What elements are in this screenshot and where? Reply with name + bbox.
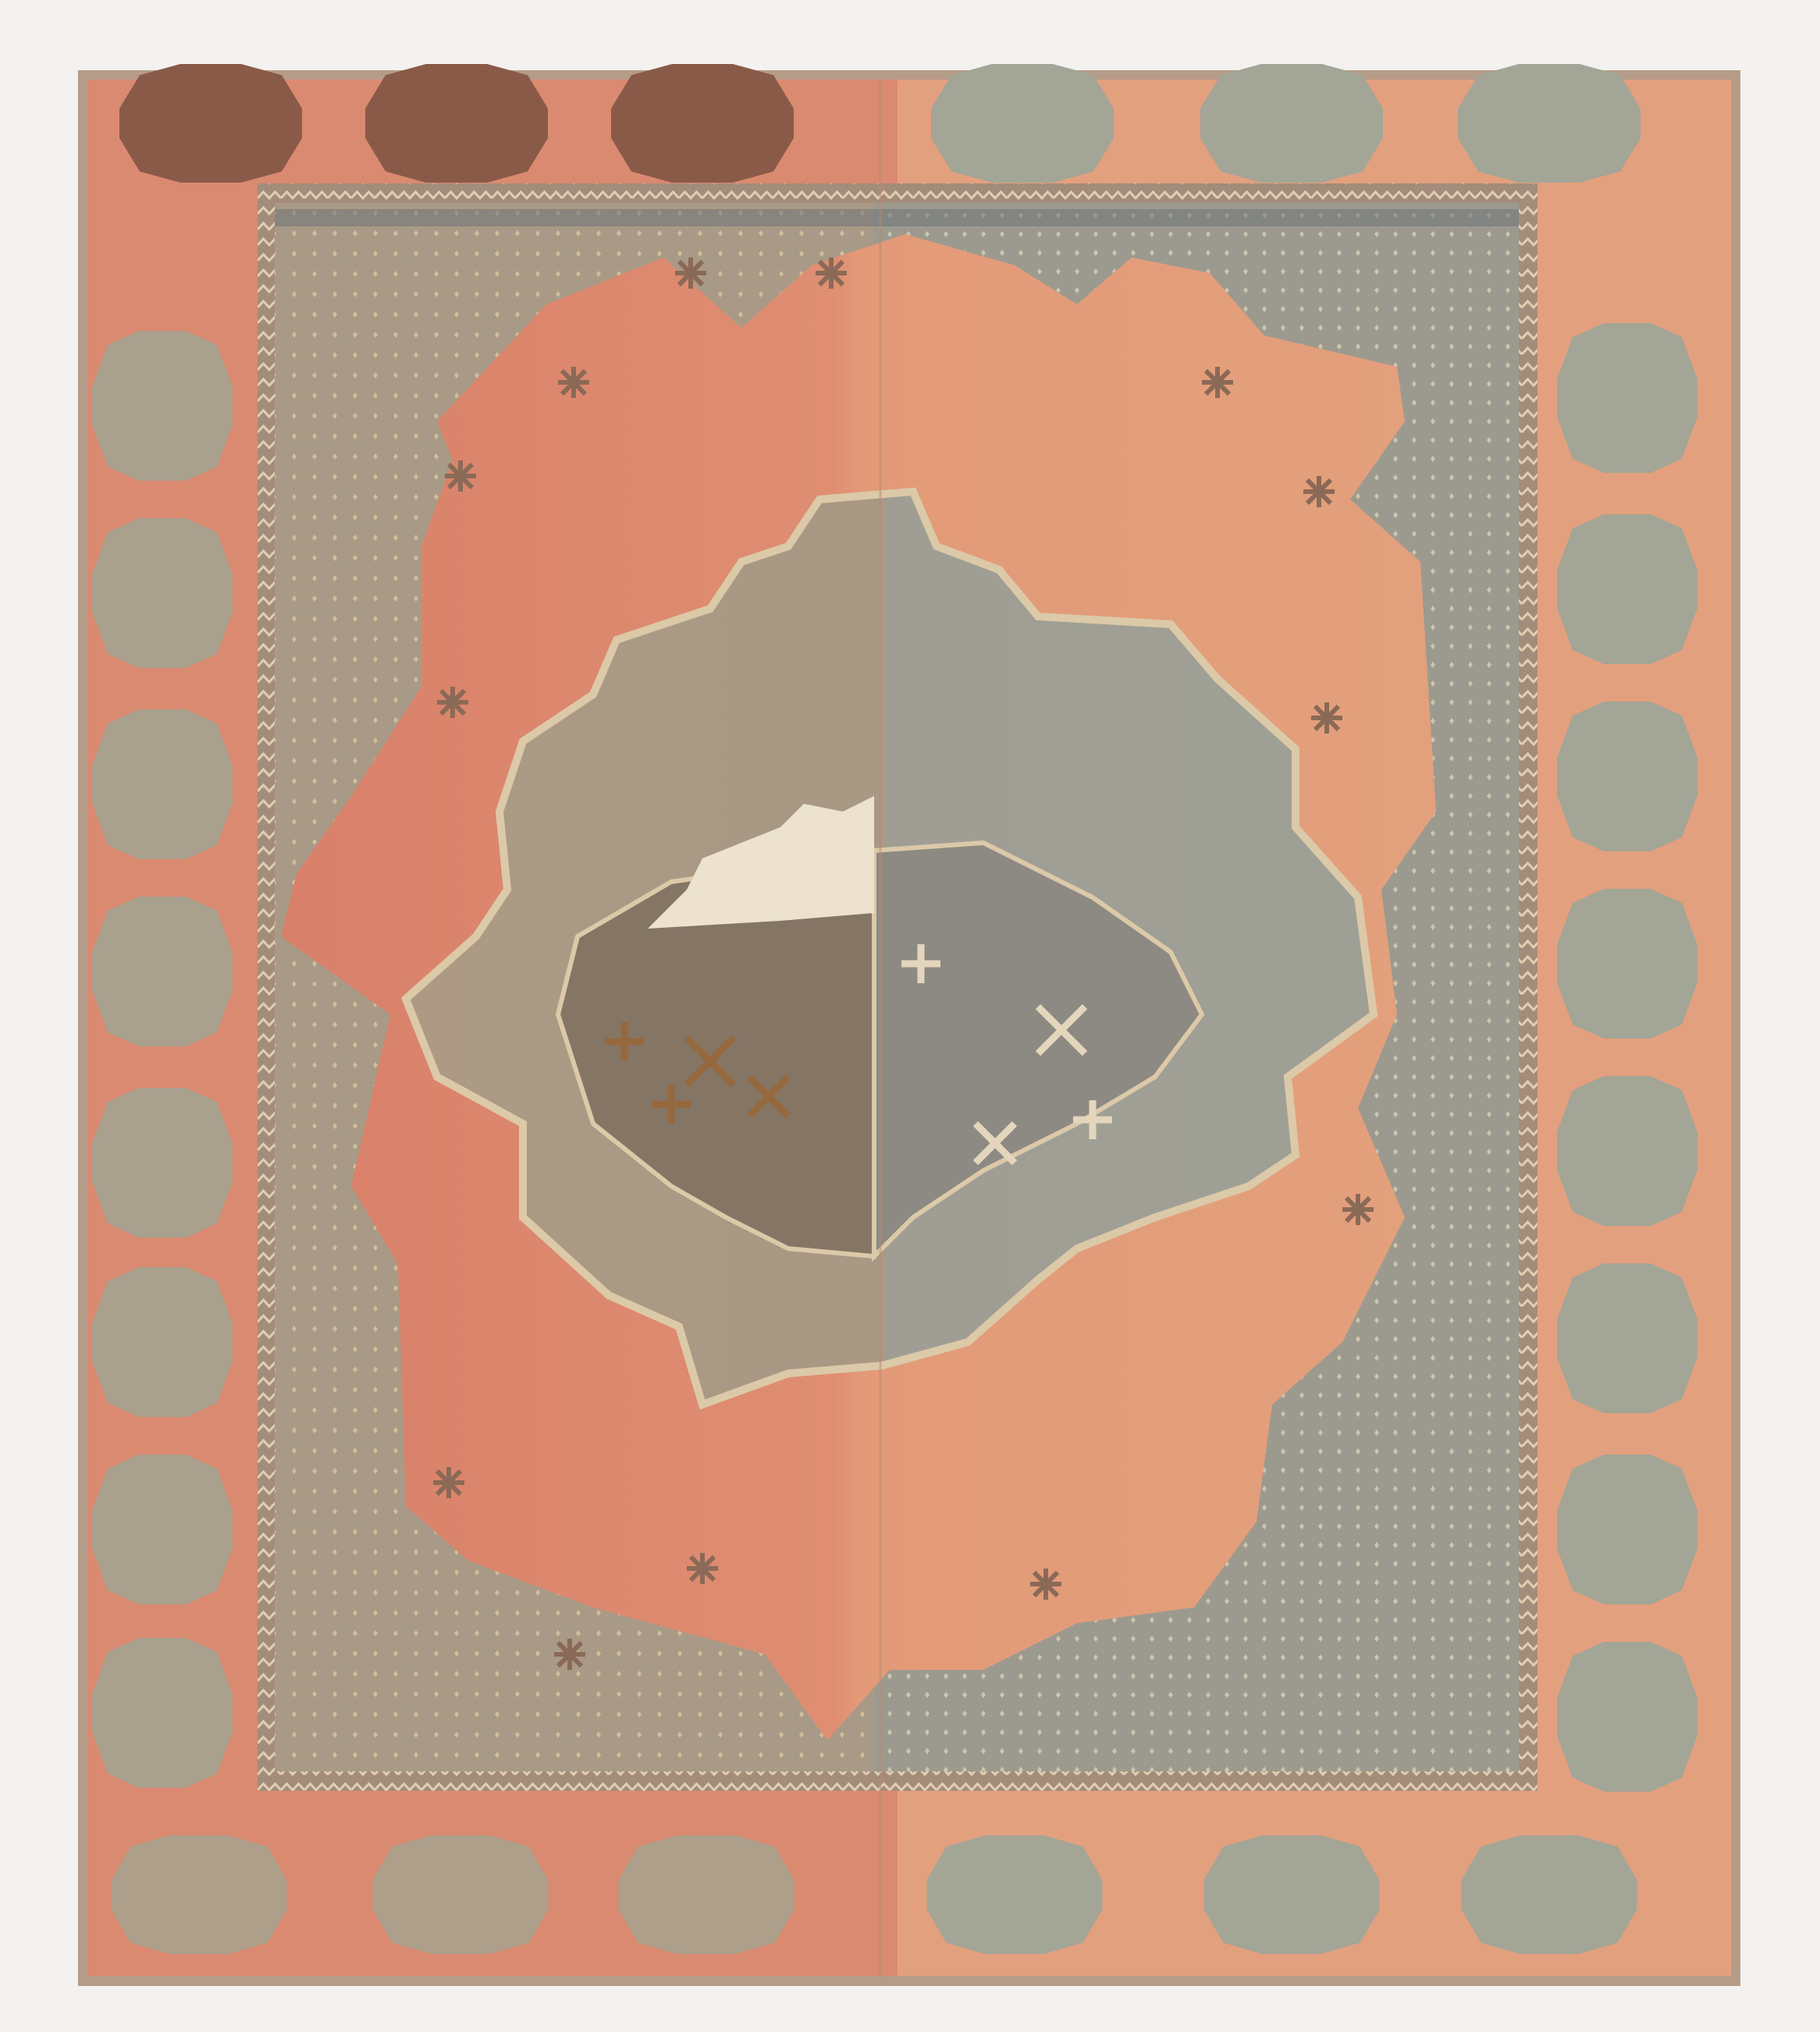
rug-photo (0, 0, 1820, 2032)
field-top-band (275, 209, 1519, 226)
